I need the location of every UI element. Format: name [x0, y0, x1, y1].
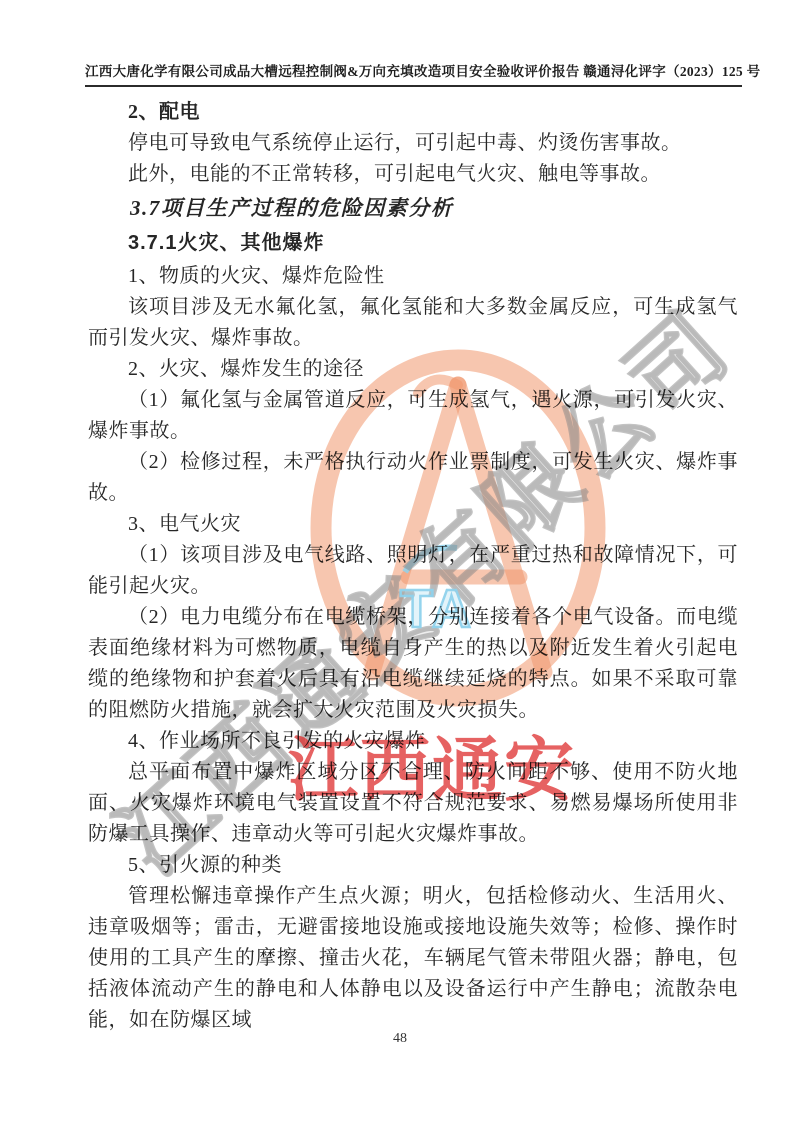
paragraph: （1）氟化氢与金属管道反应，可生成氢气，遇火源，可引发火灾、爆炸事故。	[88, 385, 738, 447]
list-item: 4、作业场所不良引发的火灾爆炸	[88, 726, 738, 757]
paragraph: 此外，电能的不正常转移，可引起电气火灾、触电等事故。	[88, 159, 738, 190]
list-item: 3、电气火灾	[88, 509, 738, 540]
paragraph: 管理松懈违章操作产生点火源；明火，包括检修动火、生活用火、违章吸烟等；雷击，无避…	[88, 881, 738, 1036]
section-heading-3-7: 3.7项目生产过程的危险因素分析	[88, 190, 738, 226]
paragraph: 该项目涉及无水氟化氢，氟化氢能和大多数金属反应，可生成氢气而引发火灾、爆炸事故。	[88, 292, 738, 354]
paragraph: （2）电力电缆分布在电缆桥架，分别连接着各个电气设备。而电缆表面绝缘材料为可燃物…	[88, 602, 738, 726]
document-body: 2、配电 停电可导致电气系统停止运行，可引起中毒、灼烫伤害事故。 此外，电能的不…	[88, 97, 738, 1036]
scanned-report-page: 江西大唐化学有限公司成品大槽远程控制阀&万向充填改造项目安全验收评价报告 赣通浔…	[0, 0, 800, 1131]
subsection-heading-3-7-1: 3.7.1火灾、其他爆炸	[88, 226, 738, 261]
list-item: 5、引火源的种类	[88, 850, 738, 881]
paragraph: 总平面布置中爆炸区域分区不合理、防火间距不够、使用不防火地面、火灾爆炸环境电气装…	[88, 757, 738, 850]
paragraph: （1）该项目涉及电气线路、照明灯，在严重过热和故障情况下，可能引起火灾。	[88, 540, 738, 602]
heading-power-distribution: 2、配电	[88, 97, 738, 128]
list-item: 2、火灾、爆炸发生的途径	[88, 354, 738, 385]
paragraph: （2）检修过程，未严格执行动火作业票制度，可发生火灾、爆炸事故。	[88, 447, 738, 509]
paragraph: 停电可导致电气系统停止运行，可引起中毒、灼烫伤害事故。	[88, 128, 738, 159]
list-item: 1、物质的火灾、爆炸危险性	[88, 261, 738, 292]
page-number: 48	[0, 1031, 800, 1047]
page-header-title: 江西大唐化学有限公司成品大槽远程控制阀&万向充填改造项目安全验收评价报告 赣通浔…	[85, 60, 742, 87]
